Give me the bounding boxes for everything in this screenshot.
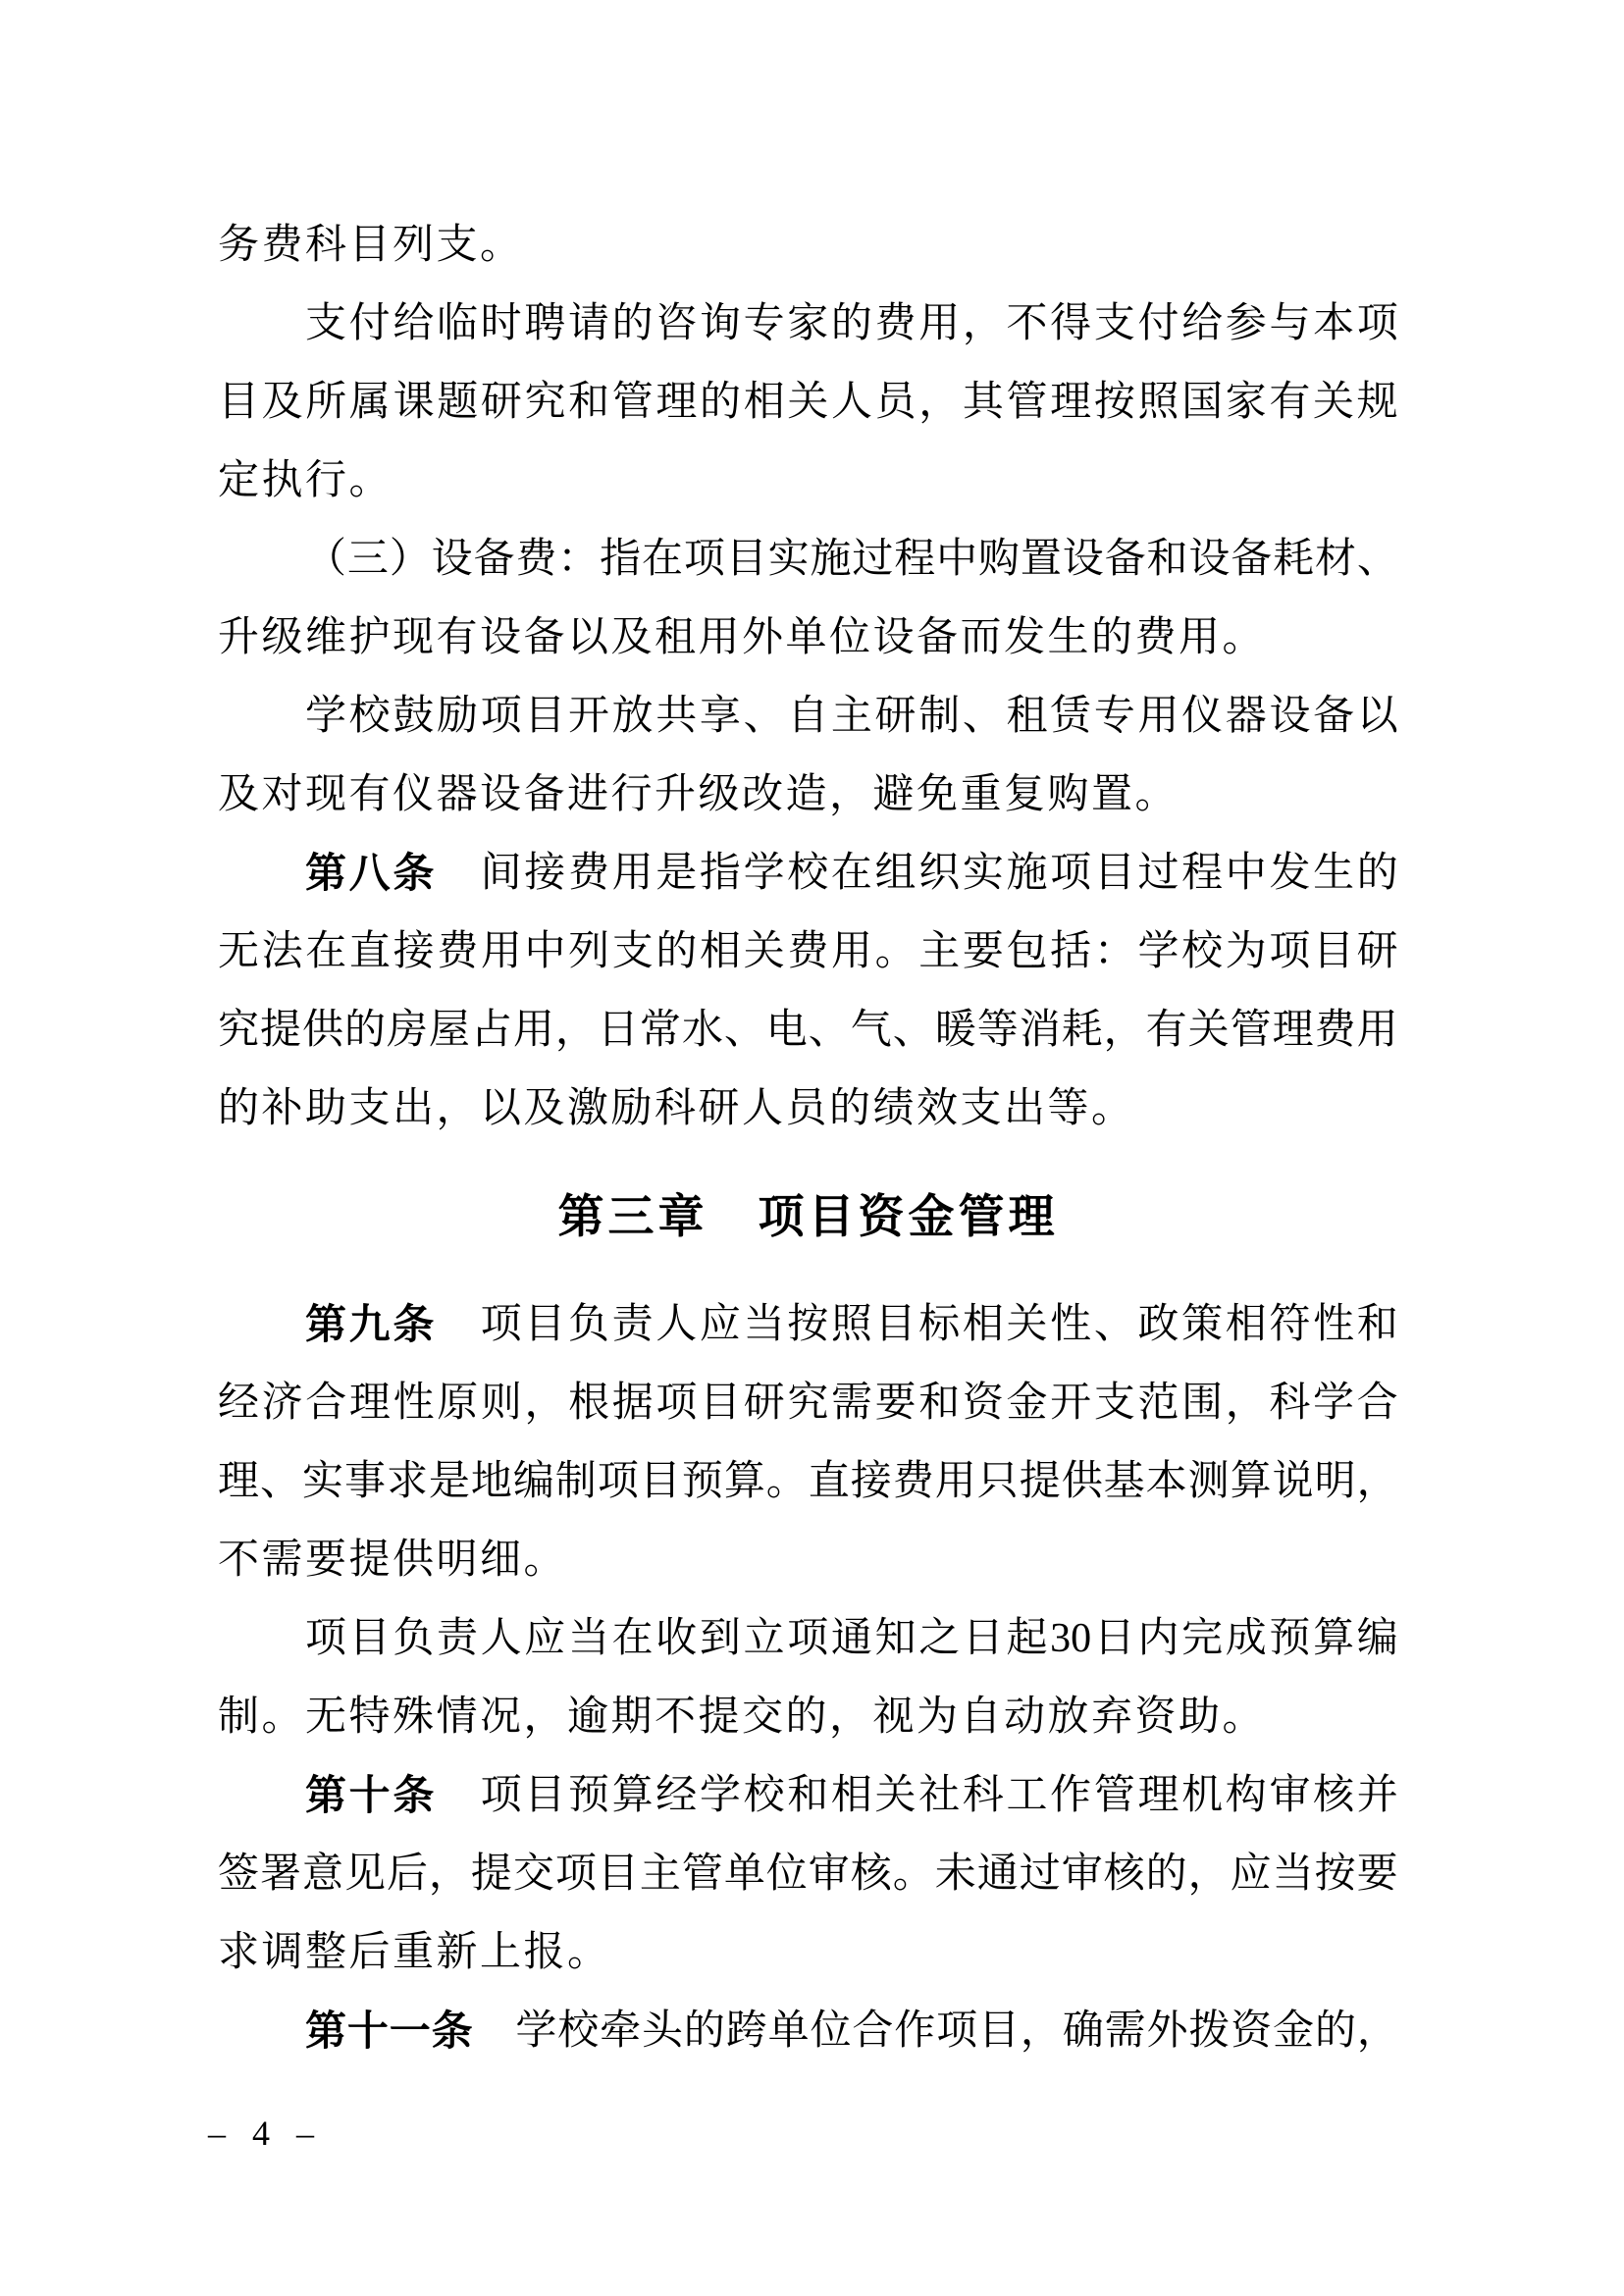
document-line: 经济合理性原则，根据项目研究需要和资金开支范围，科学合 — [218, 1364, 1398, 1442]
document-line: 第十一条 学校牵头的跨单位合作项目，确需外拨资金的， — [218, 1992, 1398, 2070]
page-number: – 4 – — [208, 2112, 323, 2155]
document-line: （三）设备费：指在项目实施过程中购置设备和设备耗材、 — [218, 520, 1398, 599]
document-line: 求调整后重新上报。 — [218, 1913, 1398, 1992]
document-page: 务费科目列支。支付给临时聘请的咨询专家的费用，不得支付给参与本项目及所属课题研究… — [0, 0, 1624, 2296]
document-line: 及对现有仪器设备进行升级改造，避免重复购置。 — [218, 756, 1398, 834]
document-line: 学校鼓励项目开放共享、自主研制、租赁专用仪器设备以 — [218, 677, 1398, 756]
document-line: 第九条 项目负责人应当按照目标相关性、政策相符性和 — [218, 1285, 1398, 1364]
document-line: 签署意见后，提交项目主管单位审核。未通过审核的，应当按要 — [218, 1835, 1398, 1913]
document-line: 不需要提供明细。 — [218, 1521, 1398, 1599]
document-line: 究提供的房屋占用，日常水、电、气、暖等消耗，有关管理费用 — [218, 991, 1398, 1070]
document-line: 定执行。 — [218, 442, 1398, 520]
document-line: 升级维护现有设备以及租用外单位设备而发生的费用。 — [218, 599, 1398, 677]
document-line: 理、实事求是地编制项目预算。直接费用只提供基本测算说明， — [218, 1442, 1398, 1521]
document-line: 的补助支出，以及激励科研人员的绩效支出等。 — [218, 1070, 1398, 1148]
document-line: 支付给临时聘请的咨询专家的费用，不得支付给参与本项 — [218, 285, 1398, 363]
document-line: 务费科目列支。 — [218, 206, 1398, 285]
document-line: 项目负责人应当在收到立项通知之日起30日内完成预算编 — [218, 1599, 1398, 1678]
document-line: 第十条 项目预算经学校和相关社科工作管理机构审核并 — [218, 1756, 1398, 1835]
document-line: 无法在直接费用中列支的相关费用。主要包括：学校为项目研 — [218, 913, 1398, 991]
document-line: 制。无特殊情况，逾期不提交的，视为自动放弃资助。 — [218, 1678, 1398, 1756]
document-line: 第八条 间接费用是指学校在组织实施项目过程中发生的 — [218, 834, 1398, 913]
document-body: 务费科目列支。支付给临时聘请的咨询专家的费用，不得支付给参与本项目及所属课题研究… — [218, 206, 1398, 2070]
document-line: 目及所属课题研究和管理的相关人员，其管理按照国家有关规 — [218, 363, 1398, 442]
chapter-heading: 第三章 项目资金管理 — [218, 1177, 1398, 1256]
